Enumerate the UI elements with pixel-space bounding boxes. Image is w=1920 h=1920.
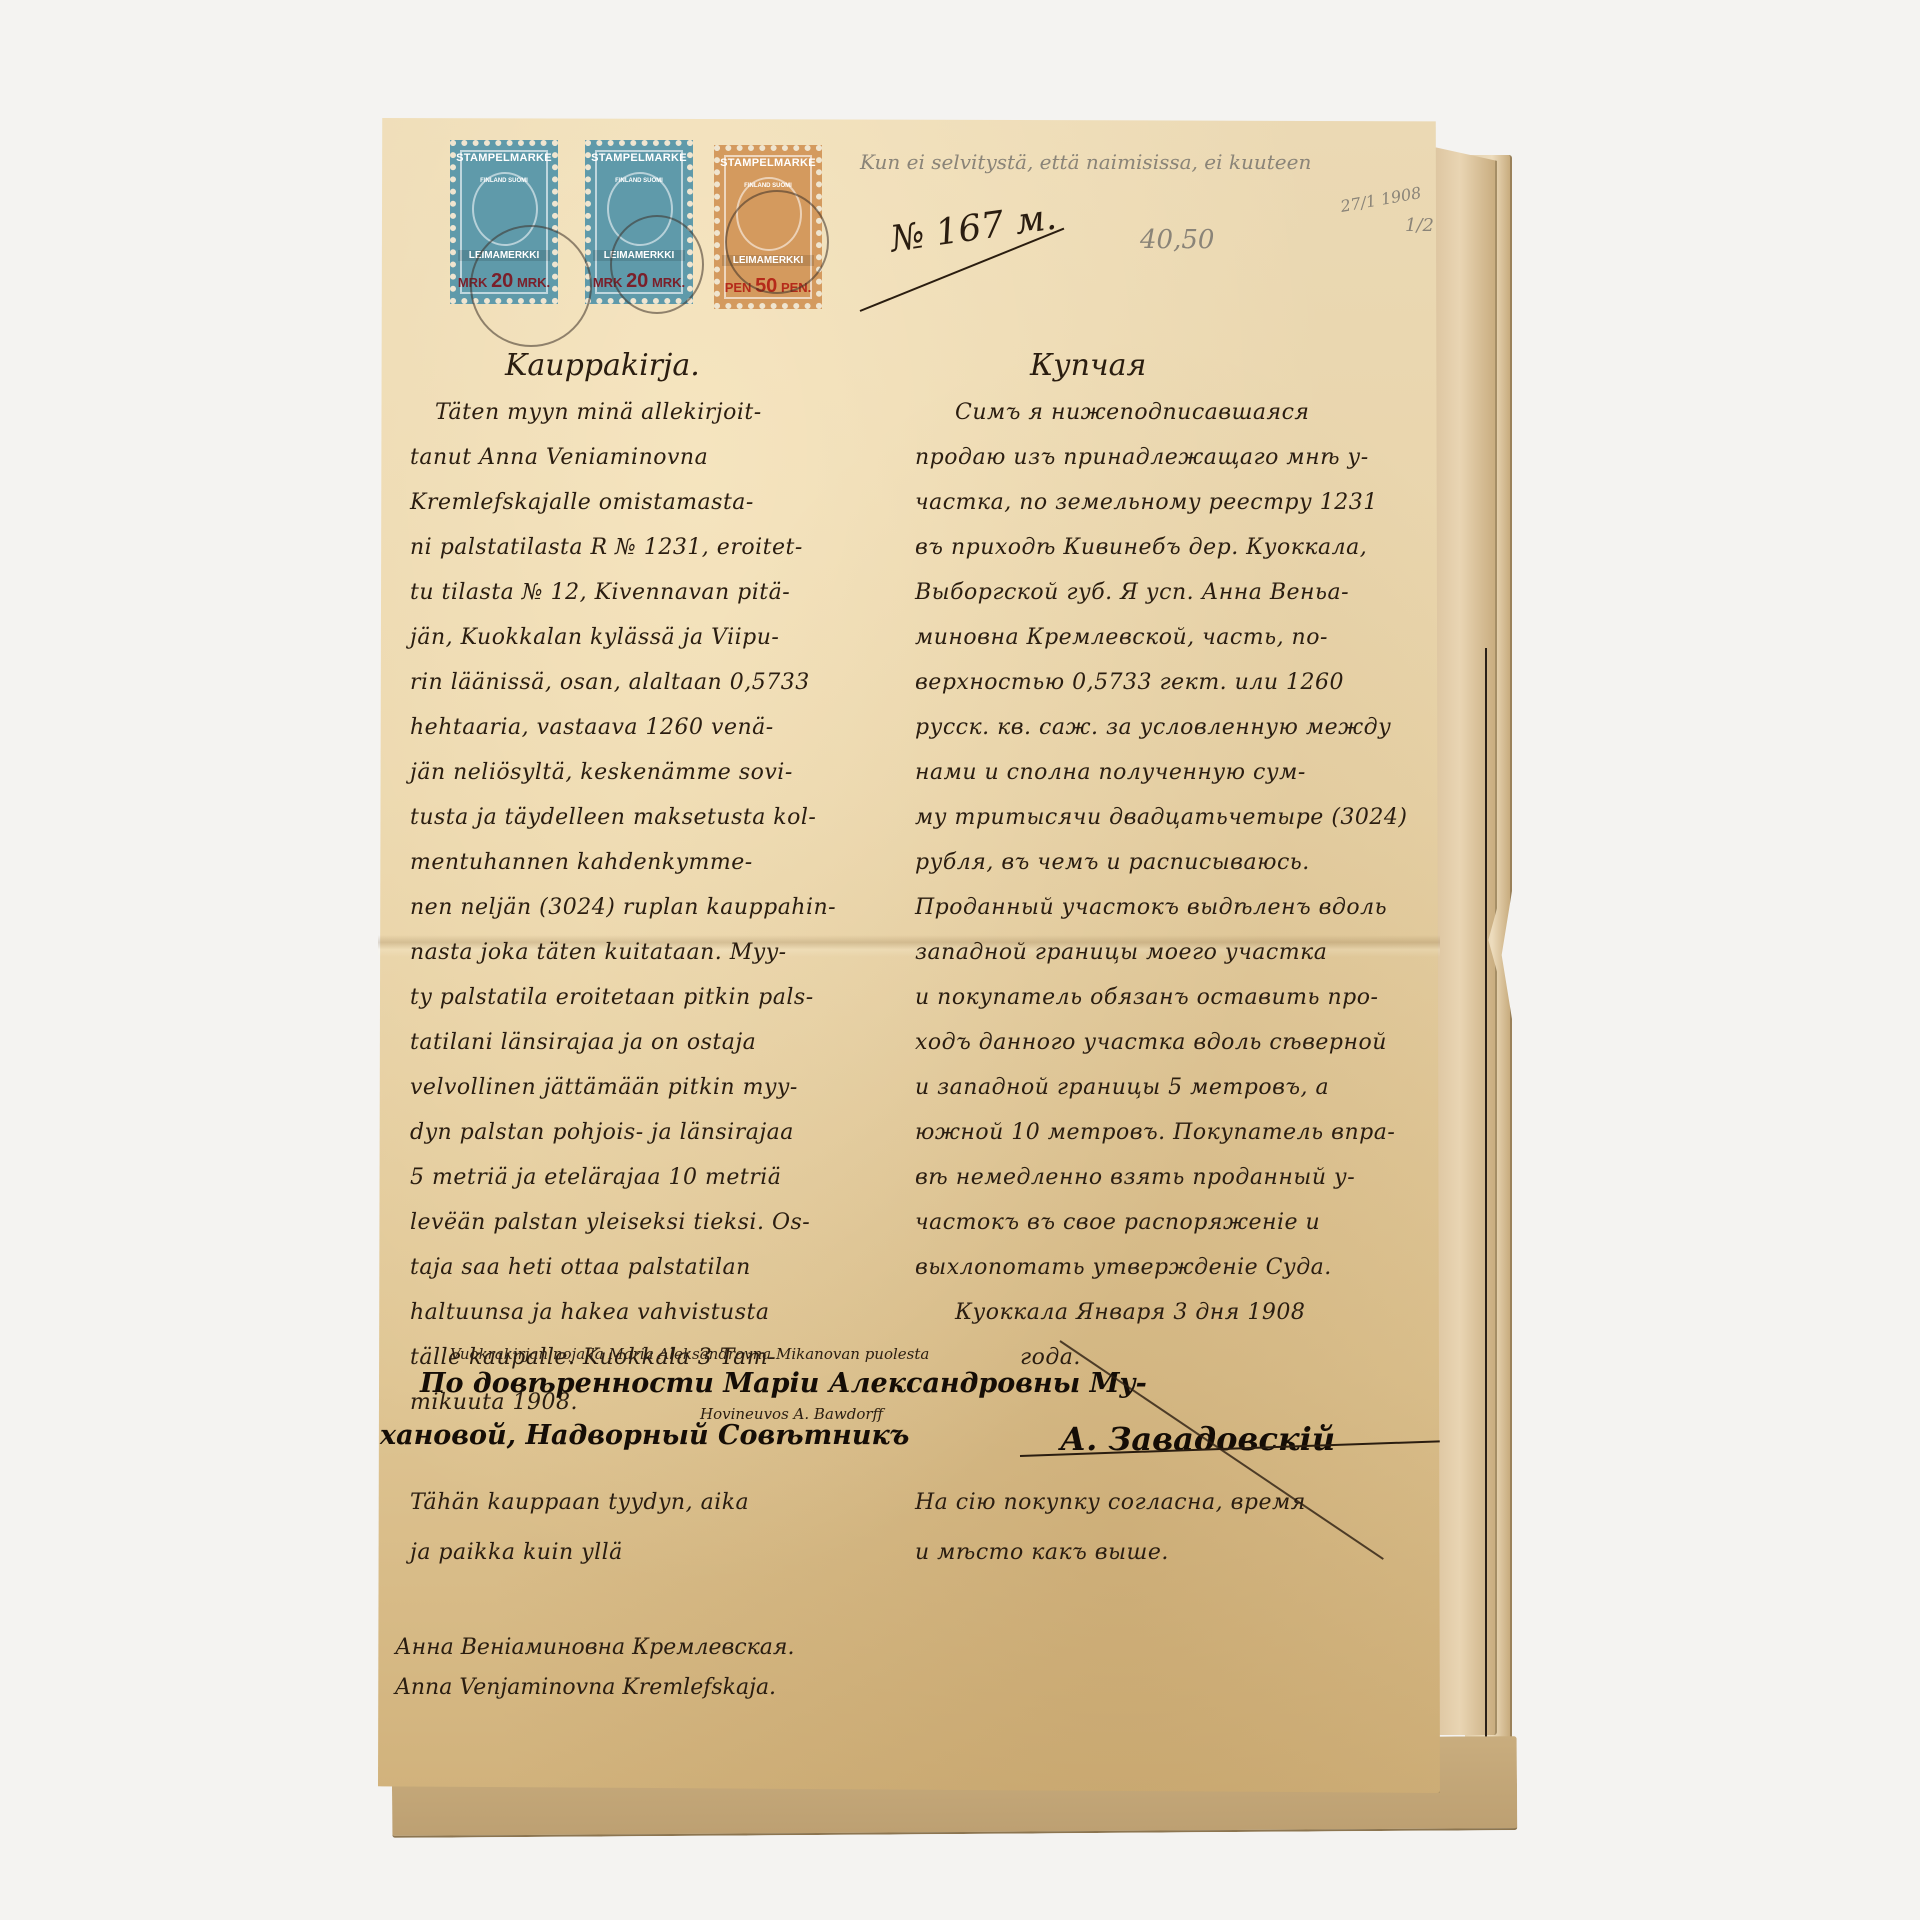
ru-line: русск. кв. саж. за условленную между — [915, 715, 1391, 740]
ru-line: Выборгской губ. Я усп. Анна Веньа- — [915, 580, 1349, 605]
fi-line: jän, Kuokkalan kylässä ja Viipu- — [410, 625, 779, 650]
ru-line: нами и сполна полученную сум- — [915, 760, 1306, 785]
ru-line: вѣ немедленно взять проданный у- — [915, 1165, 1355, 1190]
ru-line: выхлопотать утвержденіе Суда. — [915, 1255, 1332, 1280]
title-russian: Купчая — [1030, 348, 1146, 383]
ru-line: южной 10 метровъ. Покупатель впра- — [915, 1120, 1395, 1145]
fi-line: jän neliösyltä, keskenämme sovi- — [410, 760, 793, 785]
ru-line: Симъ я нижеподписавшаяся — [955, 400, 1310, 425]
fi-consent-line: ja paikka kuin yllä — [410, 1540, 623, 1565]
fi-line: taja saa heti ottaa palstatilan — [410, 1255, 751, 1280]
title-finnish: Kauppakirja. — [505, 348, 700, 383]
stamp-header: STAMPELMARKE — [591, 152, 687, 164]
fi-line: rin läänissä, osan, alaltaan 0,5733 — [410, 670, 810, 695]
ru-line: частокъ въ свое распоряженіе и — [915, 1210, 1320, 1235]
stamp-crest-text: FINLAND SUOMI — [591, 178, 687, 184]
margin-rule-line — [1485, 648, 1487, 1748]
postmark-3 — [725, 190, 829, 294]
buyer-signature-russian: Анна Веніаминовна Кремлевская. — [395, 1635, 794, 1660]
postmark-1 — [470, 225, 592, 347]
fi-line: Täten myyn minä allekirjoit- — [435, 400, 762, 425]
ru-line: рубля, въ чемъ и расписываюсь. — [915, 850, 1310, 875]
fi-line: Kremlefskajalle omistamasta- — [410, 490, 754, 515]
witness-signature-line-1: По довѣренности Маріи Александровны Му- — [420, 1368, 1147, 1399]
ru-line: верхностью 0,5733 гект. или 1260 — [915, 670, 1344, 695]
fi-line: tu tilasta № 12, Kivennavan pitä- — [410, 580, 790, 605]
ru-consent-line: На сію покупку согласна, время — [915, 1490, 1306, 1515]
ru-line: ходъ данного участка вдоль сѣверной — [915, 1030, 1387, 1055]
witness-note-finnish: Vuokrakirjan nojalla Maria Aleksandrovna… — [450, 1345, 929, 1363]
fi-line: 5 metriä ja etelärajaa 10 metriä — [410, 1165, 781, 1190]
ru-line: и покупатель обязанъ оставить про- — [915, 985, 1378, 1010]
fi-line: haltuunsa ja hakea vahvistusta — [410, 1300, 769, 1325]
postmark-2 — [610, 215, 704, 314]
fi-line: nen neljän (3024) ruplan kauppahin- — [410, 895, 836, 920]
stamp-header: STAMPELMARKE — [456, 152, 552, 164]
stamp-crest-text: FINLAND SUOMI — [720, 183, 816, 189]
ru-line: въ приходѣ Кивинебъ дер. Куоккала, — [915, 535, 1367, 560]
ru-line: Куоккала Января 3 дня 1908 — [955, 1300, 1305, 1325]
fi-line: tusta ja täydelleen maksetusta kol- — [410, 805, 816, 830]
fi-line: levëän palstan yleiseksi tieksi. Os- — [410, 1210, 810, 1235]
ru-line: Проданный участокъ выдѣленъ вдоль — [915, 895, 1387, 920]
ru-line: му тритысячи двадцатьчетыре (3024) — [915, 805, 1407, 830]
pencil-note: Kun ei selvitystä, että naimisissa, ei k… — [860, 150, 1311, 174]
fi-line: hehtaaria, vastaava 1260 venä- — [410, 715, 774, 740]
ru-line: западной границы моего участка — [915, 940, 1327, 965]
ru-line: продаю изъ принадлежащаго мнѣ у- — [915, 445, 1369, 470]
witness-signature-line-2: хановой, Надворный Совѣтникъ — [380, 1420, 909, 1451]
fi-line: nasta joka täten kuitataan. Myy- — [410, 940, 787, 965]
fi-line: ni palstatilasta R № 1231, eroitet- — [410, 535, 803, 560]
ru-consent-line: и мѣсто какъ выше. — [915, 1540, 1169, 1565]
ru-line: и западной границы 5 метровъ, а — [915, 1075, 1329, 1100]
pencil-mark: 1/2 — [1405, 215, 1434, 236]
fi-line: ty palstatila eroitetaan pitkin pals- — [410, 985, 814, 1010]
pencil-amount: 40,50 — [1140, 225, 1214, 255]
ru-line: частка, по земельному реестру 1231 — [915, 490, 1378, 515]
stamp-header: STAMPELMARKE — [720, 157, 816, 169]
fi-consent-line: Tähän kauppaan tyydyn, aika — [410, 1490, 749, 1515]
ru-line: миновна Кремлевской, часть, по- — [915, 625, 1328, 650]
buyer-signature-finnish: Anna Venjaminovna Kremlefskaja. — [395, 1675, 776, 1700]
fi-line: dyn palstan pohjois- ja länsirajaa — [410, 1120, 794, 1145]
stamp-crest-text: FINLAND SUOMI — [456, 178, 552, 184]
fi-line: tanut Anna Veniaminovna — [410, 445, 708, 470]
fi-line: mentuhannen kahdenkymme- — [410, 850, 753, 875]
fi-line: velvollinen jättämään pitkin myy- — [410, 1075, 798, 1100]
fi-line: tatilani länsirajaa ja on ostaja — [410, 1030, 756, 1055]
